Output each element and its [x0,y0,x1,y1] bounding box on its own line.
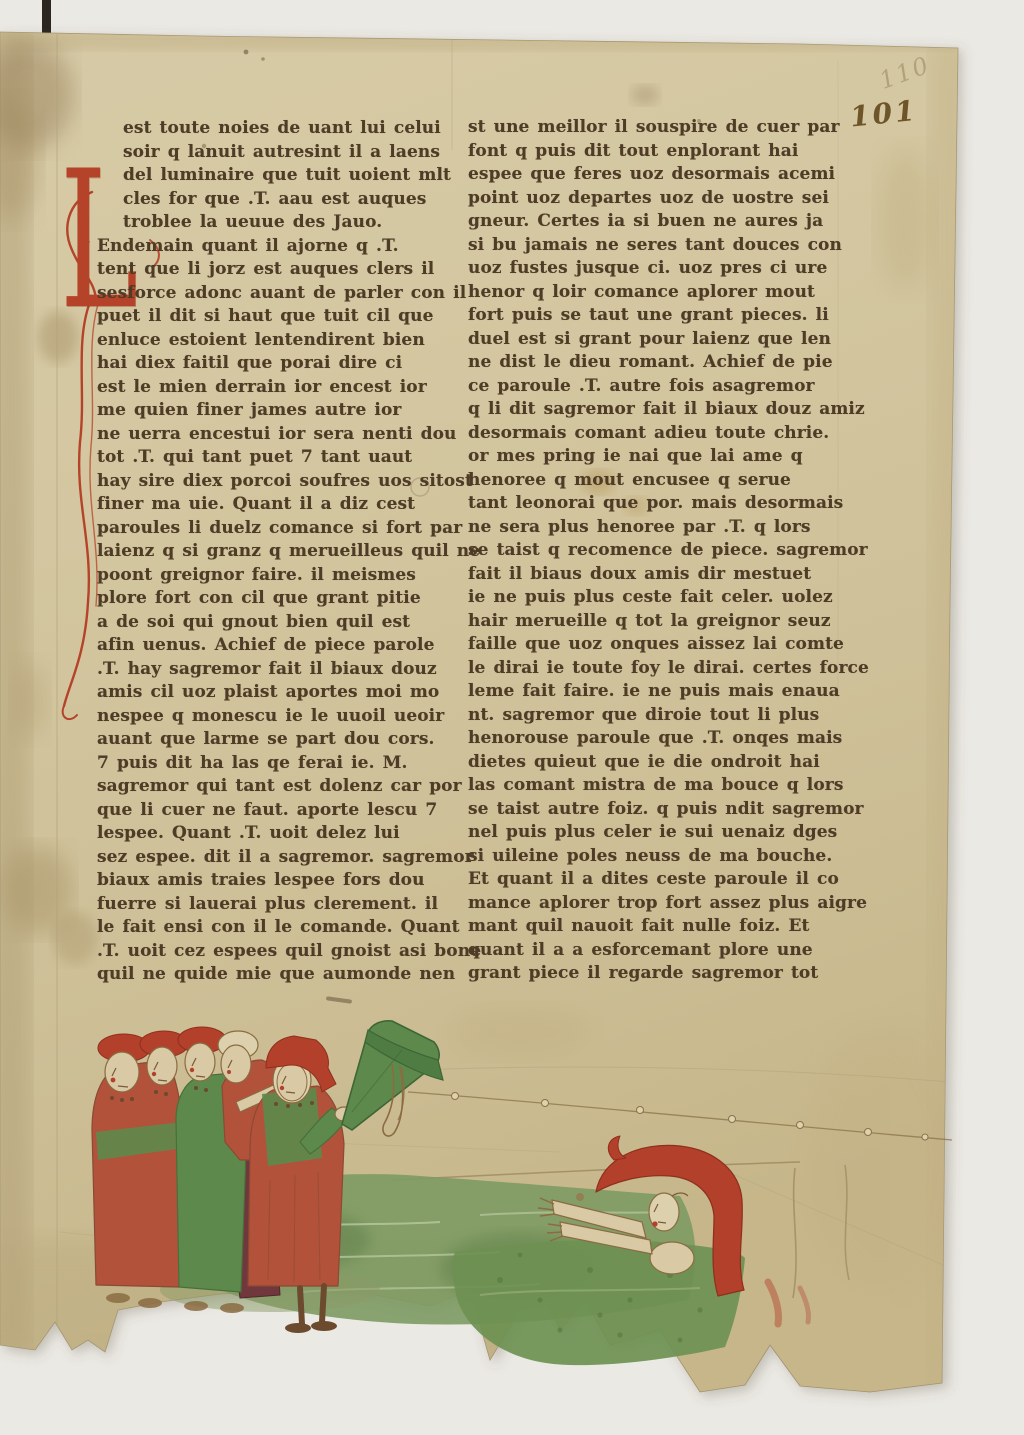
manuscript-text-line: duel est si grant pour laienz que len [468,328,840,352]
manuscript-text-line: biaux amis traies lespee fors dou [97,869,469,893]
manuscript-text-line: q li dit sagremor fait il biaux douz ami… [468,398,840,422]
manuscript-text-line: a de soi qui gnout bien quil est [97,611,469,635]
manuscript-text-line: mant quil nauoit fait nulle foiz. Et [468,915,840,939]
manuscript-text-line: st une meillor il souspire de cuer par [468,116,840,140]
manuscript-text-line: sagremor qui tant est dolenz car por [97,775,469,799]
manuscript-text-line: auant que larme se part dou cors. [97,728,469,752]
manuscript-text-line: puet il dit si haut que tuit cil que [97,305,469,329]
text-column-right: st une meillor il souspire de cuer parfo… [468,116,840,986]
manuscript-text-line: hai diex faitil que porai dire ci [97,352,469,376]
manuscript-text-line: .T. uoit cez espees quil gnoist asi bone [97,940,469,964]
manuscript-text-line: point uoz departes uoz de uostre sei [468,187,840,211]
manuscript-text-line: lespee. Quant .T. uoit delez lui [97,822,469,846]
manuscript-page-photo: 110 101 L est toute noies de uant lui ce… [0,0,1024,1435]
binding-edge [42,0,51,35]
manuscript-text-line: tot .T. qui tant puet 7 tant uaut [97,446,469,470]
manuscript-text-line: si bu jamais ne seres tant douces con [468,234,840,258]
manuscript-text-line: tant leonorai que por. mais desormais [468,492,840,516]
manuscript-text-line: mance aplorer trop fort assez plus aigre [468,892,840,916]
manuscript-text-line: tent que li jorz est auques clers il [97,258,469,282]
manuscript-text-line: se taist autre foiz. q puis ndit sagremo… [468,798,840,822]
text-column-left: est toute noies de uant lui celuisoir q … [97,117,469,987]
manuscript-text-line: finer ma uie. Quant il a diz cest [97,493,469,517]
manuscript-text-line: desormais comant adieu toute chrie. [468,422,840,446]
manuscript-text-line: afin uenus. Achief de piece parole [97,634,469,658]
manuscript-text-line: faille que uoz onques aissez lai comte [468,633,840,657]
manuscript-text-line: paroules li duelz comance si fort par [97,517,469,541]
manuscript-text-line: quil ne quide mie que aumonde nen [97,963,469,987]
manuscript-text-line: grant piece il regarde sagremor tot [468,962,840,986]
manuscript-text-line: 7 puis dit ha las qe ferai ie. M. [97,752,469,776]
manuscript-text-line: gneur. Certes ia si buen ne aures ja [468,210,840,234]
manuscript-text-line: del luminaire que tuit uoient mlt [97,164,469,188]
manuscript-text-line: enluce estoient lentendirent bien [97,329,469,353]
manuscript-text-line: est le mien derrain ior encest ior [97,376,469,400]
manuscript-text-line: le fait ensi con il le comande. Quant [97,916,469,940]
manuscript-text-line: nt. sagremor que diroie tout li plus [468,704,840,728]
manuscript-text-line: leme fait faire. ie ne puis mais enaua [468,680,840,704]
manuscript-text-line: .T. hay sagremor fait il biaux douz [97,658,469,682]
manuscript-text-line: henorouse paroule que .T. onqes mais [468,727,840,751]
manuscript-text-line: plore fort con cil que grant pitie [97,587,469,611]
manuscript-text-line: est toute noies de uant lui celui [97,117,469,141]
manuscript-text-line: le dirai ie toute foy le dirai. certes f… [468,657,840,681]
manuscript-text-line: hay sire diex porcoi soufres uos sitost [97,470,469,494]
manuscript-text-line: font q puis dit tout enplorant hai [468,140,840,164]
manuscript-text-line: henor q loir comance aplorer mout [468,281,840,305]
manuscript-text-line: ce paroule .T. autre fois asagremor [468,375,840,399]
manuscript-text-line: dietes quieut que ie die ondroit hai [468,751,840,775]
manuscript-text-line: ie ne puis plus ceste fait celer. uolez [468,586,840,610]
manuscript-text-line: ne sera plus henoree par .T. q lors [468,516,840,540]
manuscript-text-line: henoree q mout encusee q serue [468,469,840,493]
manuscript-text-line: que li cuer ne faut. aporte lescu 7 [97,799,469,823]
manuscript-text-line: nel puis plus celer ie sui uenaiz dges [468,821,840,845]
manuscript-text-line: soir q lanuit autresint il a laens [97,141,469,165]
manuscript-text-line: nespee q monescu ie le uuoil ueoir [97,705,469,729]
manuscript-text-line: si uileine poles neuss de ma bouche. [468,845,840,869]
manuscript-text-line: or mes pring ie nai que lai ame q [468,445,840,469]
manuscript-text-line: las comant mistra de ma bouce q lors [468,774,840,798]
manuscript-text-line: cles for que .T. aau est auques [97,188,469,212]
manuscript-text-line: espee que feres uoz desormais acemi [468,163,840,187]
manuscript-text-line: fort puis se taut une grant pieces. li [468,304,840,328]
manuscript-text-line: Et quant il a dites ceste paroule il co [468,868,840,892]
manuscript-text-line: laienz q si granz q merueilleus quil ne [97,540,469,564]
manuscript-text-line: poont greignor faire. il meismes [97,564,469,588]
manuscript-text-line: quant il a a esforcemant plore une [468,939,840,963]
manuscript-text-line: sesforce adonc auant de parler con il [97,282,469,306]
manuscript-text-line: fuerre si lauerai plus clerement. il [97,893,469,917]
manuscript-text-line: sez espee. dit il a sagremor. sagremor [97,846,469,870]
manuscript-text-line: ne uerra encestui ior sera nenti dou [97,423,469,447]
manuscript-text-line: ne dist le dieu romant. Achief de pie [468,351,840,375]
manuscript-text-line: uoz fustes jusque ci. uoz pres ci ure [468,257,840,281]
manuscript-text-line: Endemain quant il ajorne q .T. [97,235,469,259]
manuscript-text-line: troblee la ueuue des Jauo. [97,211,469,235]
manuscript-text-line: amis cil uoz plaist aportes moi mo [97,681,469,705]
manuscript-text-line: se taist q recomence de piece. sagremor [468,539,840,563]
manuscript-text-line: fait il biaus doux amis dir mestuet [468,563,840,587]
manuscript-text-line: me quien finer james autre ior [97,399,469,423]
manuscript-text-line: hair merueille q tot la greignor seuz [468,610,840,634]
